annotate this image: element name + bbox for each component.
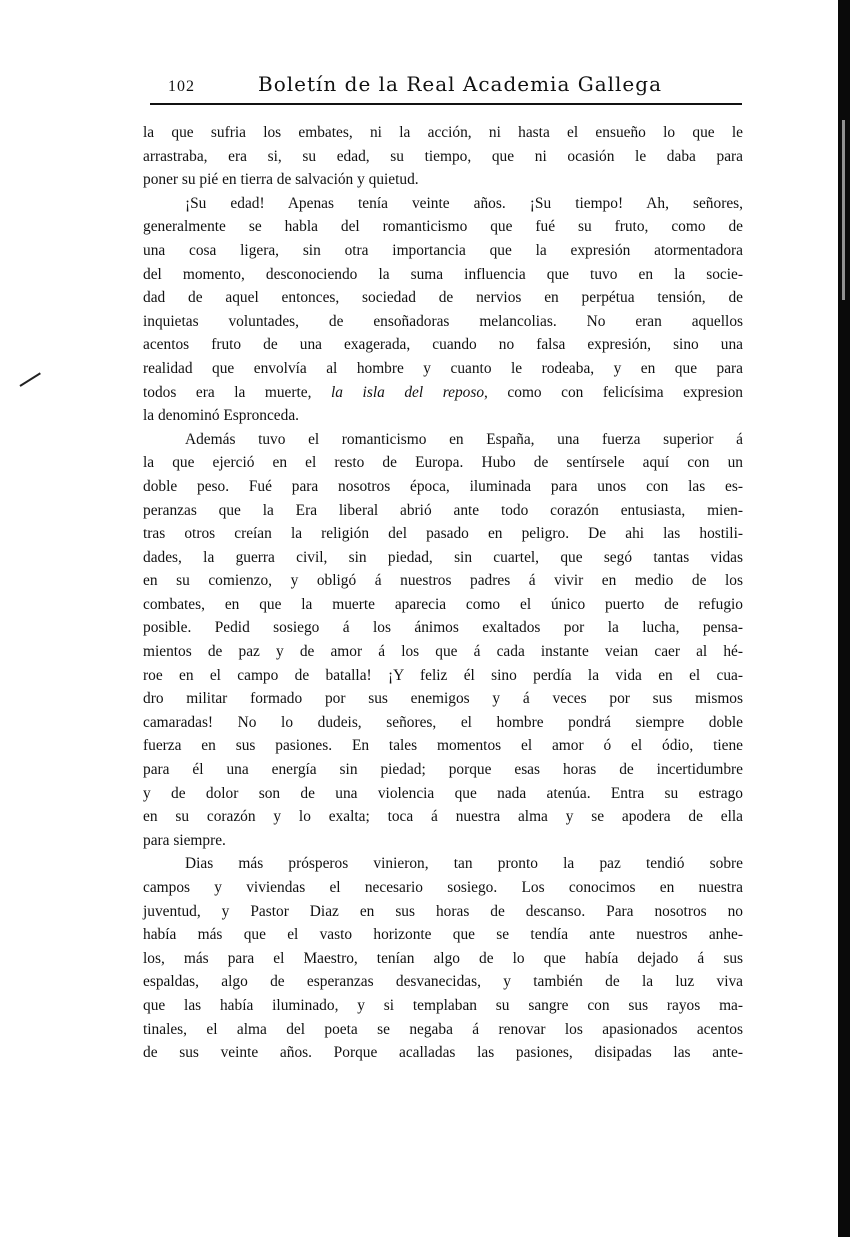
text-line: peranzas que la Era liberal abrió ante t…: [143, 499, 743, 523]
text-line: una cosa ligera, sin otra importancia qu…: [143, 239, 743, 263]
text-line: la que sufria los embates, ni la acción,…: [143, 121, 743, 145]
text-line: en su comienzo, y obligó á nuestros padr…: [143, 569, 743, 593]
text-line: fuerza en sus pasiones. En tales momento…: [143, 734, 743, 758]
text-line: había más que el vasto horizonte que se …: [143, 923, 743, 947]
text-line: Además tuvo el romanticismo en España, u…: [143, 428, 743, 452]
text-line: dro militar formado por sus enemigos y á…: [143, 687, 743, 711]
text-line: juventud, y Pastor Diaz en sus horas de …: [143, 900, 743, 924]
text-line: para siempre.: [143, 829, 743, 853]
text-line: dades, la guerra civil, sin piedad, sin …: [143, 546, 743, 570]
text-line: roe en el campo de batalla! ¡Y feliz él …: [143, 664, 743, 688]
text-line: doble peso. Fué para nosotros época, ilu…: [143, 475, 743, 499]
text-line: campos y viviendas el necesario sosiego.…: [143, 876, 743, 900]
paragraph: la que sufria los embates, ni la acción,…: [143, 121, 743, 192]
text-line: dad de aquel entonces, sociedad de nervi…: [143, 286, 743, 310]
header-rule: [150, 103, 742, 105]
body-text: la que sufria los embates, ni la acción,…: [143, 121, 743, 1065]
text-line: tinales, el alma del poeta se negaba á r…: [143, 1018, 743, 1042]
text-line: para él una energía sin piedad; porque e…: [143, 758, 743, 782]
paragraph: Dias más prósperos vinieron, tan pronto …: [143, 852, 743, 1064]
text-line: y de dolor son de una violencia que nada…: [143, 782, 743, 806]
running-title: Boletín de la Real Academia Gallega: [258, 72, 662, 96]
paragraph: ¡Su edad! Apenas tenía veinte años. ¡Su …: [143, 192, 743, 428]
scan-edge-highlight: [842, 120, 845, 300]
page-header: 102 Boletín de la Real Academia Gallega: [150, 72, 742, 102]
text-line: la denominó Espronceda.: [143, 404, 743, 428]
text-line: posible. Pedid sosiego á los ánimos exal…: [143, 616, 743, 640]
text-line: arrastraba, era si, su edad, su tiempo, …: [143, 145, 743, 169]
text-line: mientos de paz y de amor á los que á cad…: [143, 640, 743, 664]
italic-phrase: la isla del reposo: [331, 384, 484, 401]
text-line: combates, en que la muerte aparecia como…: [143, 593, 743, 617]
page-number: 102: [168, 78, 195, 96]
text-line: que las había iluminado, y si templaban …: [143, 994, 743, 1018]
text-line: espaldas, algo de esperanzas desvanecida…: [143, 970, 743, 994]
text-line: acentos fruto de una exagerada, cuando n…: [143, 333, 743, 357]
text-line: realidad que envolvía al hombre y cuanto…: [143, 357, 743, 381]
text-line: camaradas! No lo dudeis, señores, el hom…: [143, 711, 743, 735]
text-line: tras otros creían la religión del pasado…: [143, 522, 743, 546]
text-line: del momento, desconociendo la suma influ…: [143, 263, 743, 287]
text-line: ¡Su edad! Apenas tenía veinte años. ¡Su …: [143, 192, 743, 216]
text-line: la que ejerció en el resto de Europa. Hu…: [143, 451, 743, 475]
text-line: en su corazón y lo exalta; toca á nuestr…: [143, 805, 743, 829]
text-line: los, más para el Maestro, tenían algo de…: [143, 947, 743, 971]
margin-pencil-mark: [19, 372, 40, 386]
text-line: todos era la muerte, la isla del reposo,…: [143, 381, 743, 405]
paragraph: Además tuvo el romanticismo en España, u…: [143, 428, 743, 853]
text-line: poner su pié en tierra de salvación y qu…: [143, 168, 743, 192]
text-line: de sus veinte años. Porque acalladas las…: [143, 1041, 743, 1065]
text-line: Dias más prósperos vinieron, tan pronto …: [143, 852, 743, 876]
text-line: inquietas voluntades, de ensoñadoras mel…: [143, 310, 743, 334]
text-line: generalmente se habla del romanticismo q…: [143, 215, 743, 239]
